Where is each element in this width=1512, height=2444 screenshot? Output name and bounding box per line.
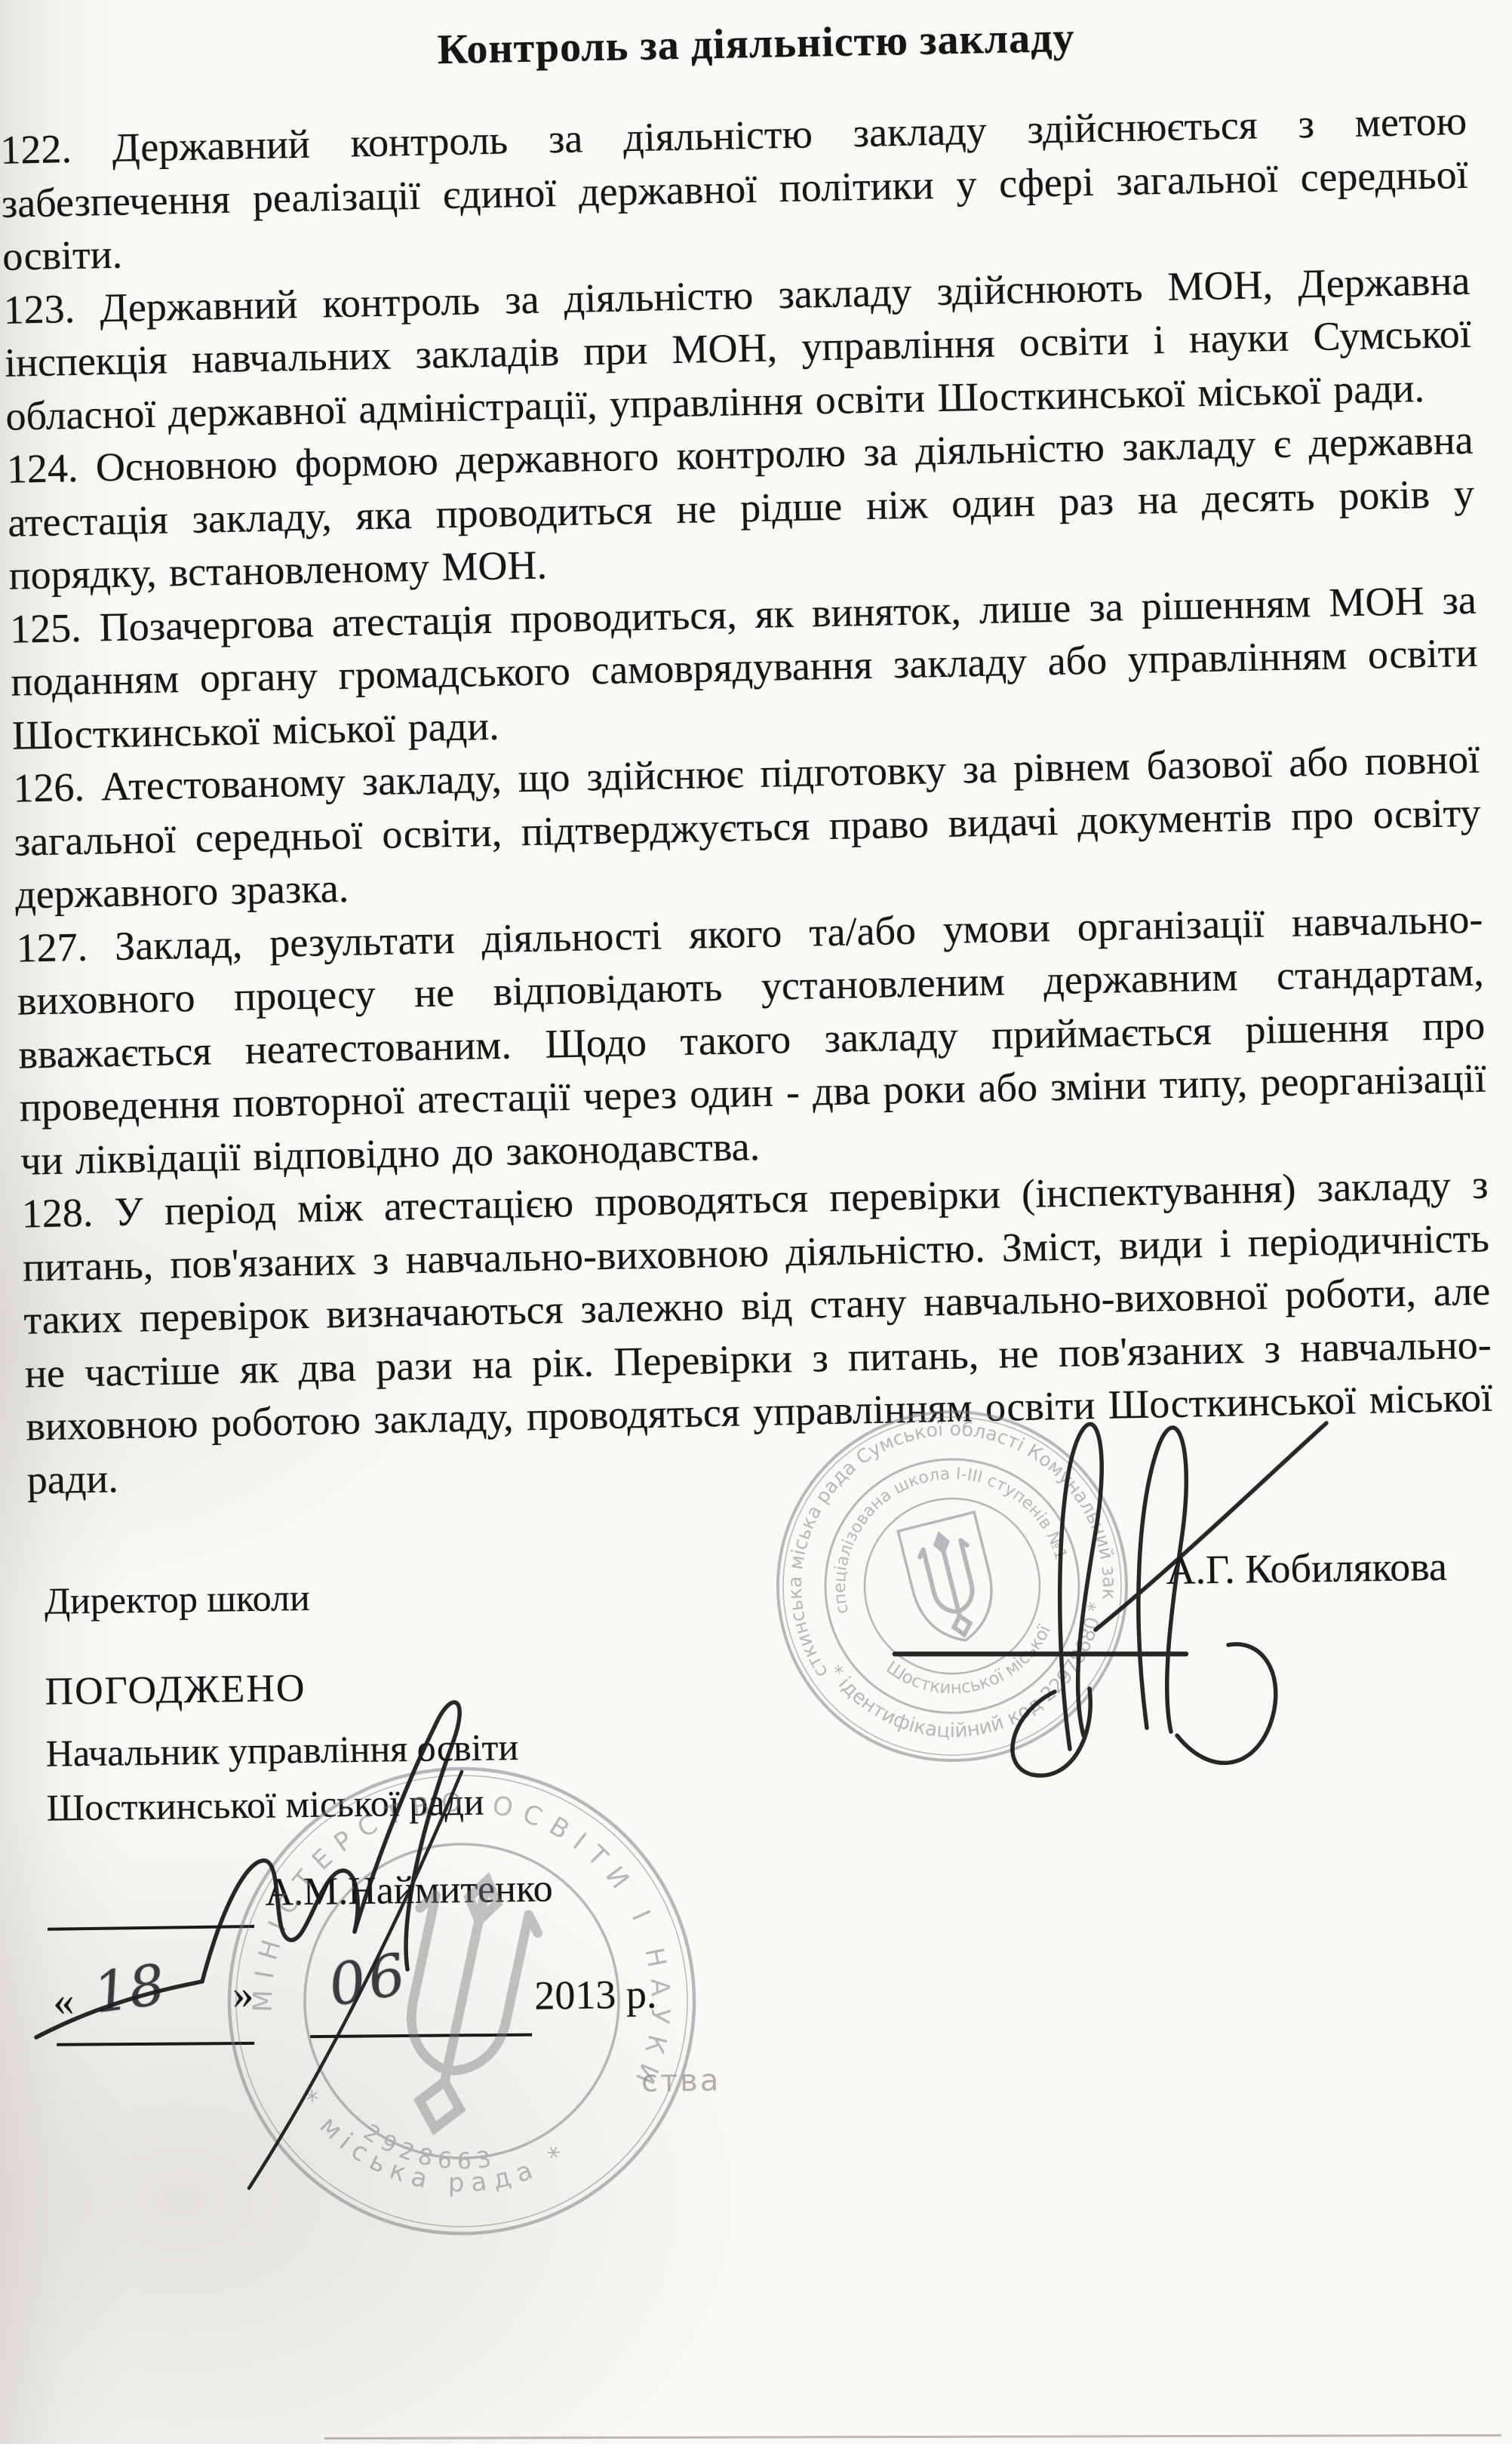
approver-title-line2: Шосткинської міської ради [46,1780,484,1830]
date-month-rule [310,2034,532,2039]
paragraph: 122. Державний контроль за діяльністю за… [0,94,1470,283]
paragraph: 124. Основною формою державного контролю… [6,413,1476,602]
signature-rule [48,1925,254,1931]
director-name: А.Г. Кобилякова [1166,1543,1447,1594]
signature-section: Директор школи А.Г. Кобилякова ПОГОДЖЕНО… [0,1530,1512,2444]
paragraph: 126. Атестованому закладу, що здійснює п… [13,733,1483,921]
date-year: 2013 р. [534,1971,657,2019]
scanned-document-page: Контроль за діяльністю закладу 122. Держ… [0,0,1512,2444]
paragraph: 128. У період між атестацією проводяться… [21,1158,1494,1507]
handwritten-month: 06 [324,1940,413,2020]
handwritten-day: 18 [90,1952,169,2026]
bleed-through-text: ства [641,2063,721,2098]
approver-title-line1: Начальник управління освіти [45,1725,518,1775]
approver-name: А.М.Наймитенко [265,1866,553,1914]
document-title: Контроль за діяльністю закладу [0,5,1512,82]
date-day-rule [57,2042,254,2046]
approval-heading: ПОГОДЖЕНО [45,1666,306,1714]
paragraph: 125. Позачергова атестація проводиться, … [9,573,1479,761]
paragraph: 127. Заклад, результати діяльності якого… [16,892,1488,1187]
director-label: Директор школи [45,1576,310,1623]
document-body: 122. Державний контроль за діяльністю за… [0,94,1494,1507]
date-quote-open: « [53,1977,75,2025]
date-quote-close: » [232,1970,254,2018]
paragraph: 123. Державний контроль за діяльністю за… [3,254,1473,442]
